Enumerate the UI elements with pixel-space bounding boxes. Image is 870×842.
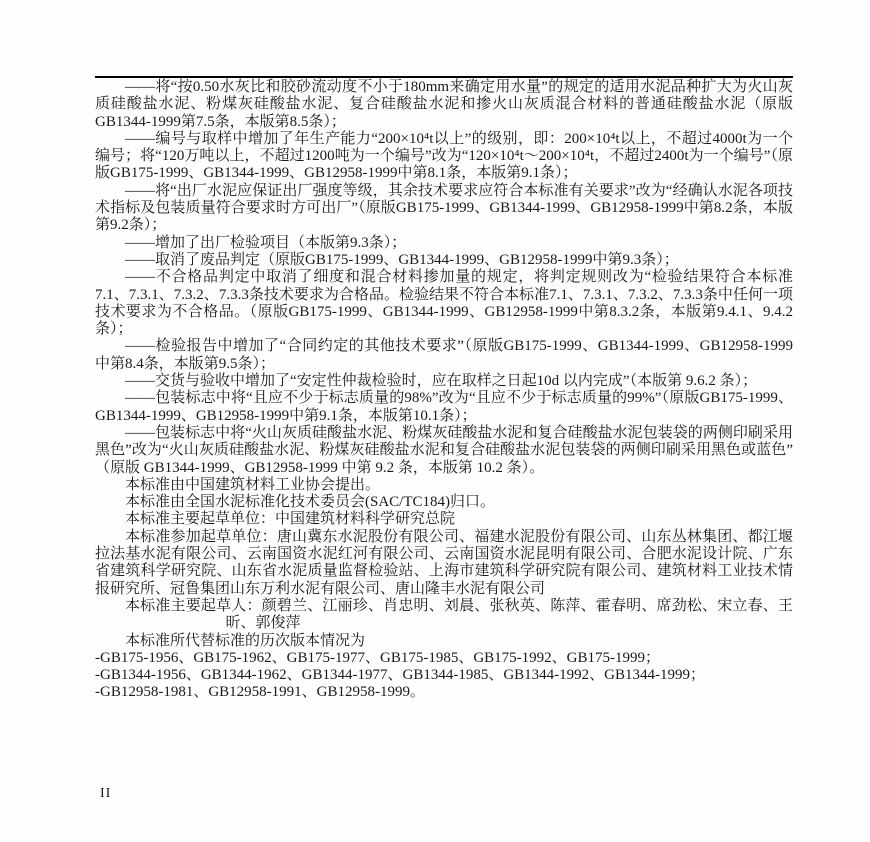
- change-note-mark-quality: ——包装标志中将“且应不少于标志质量的98%”改为“且应不少于标志质量的99%”…: [95, 390, 793, 425]
- change-note-water-ratio: ——将“按0.50水灰比和胶砂流动度不小于180mm来确定用水量”的规定的适用水…: [95, 79, 793, 131]
- statement-participating-orgs: 本标准参加起草单位：唐山冀东水泥股份有限公司、福建水泥股份有限公司、山东丛林集团…: [95, 529, 793, 598]
- change-note-factory-release: ——将“出厂水泥应保证出厂强度等级，其余技术要求应符合本标准有关要求”改为“经确…: [95, 183, 793, 235]
- history-line-gb12958: -GB12958-1981、GB12958-1991、GB12958-1999。: [95, 684, 793, 701]
- change-note-nonconforming: ——不合格品判定中取消了细度和混合材料掺加量的规定，将判定规则改为“检验结果符合…: [95, 269, 793, 338]
- change-note-waste-judgement: ——取消了废品判定（原版GB175-1999、GB1344-1999、GB129…: [95, 252, 793, 269]
- change-note-delivery-acceptance: ——交货与验收中增加了“安定性仲裁检验时，应在取样之日起10d 以内完成”（本版…: [95, 373, 793, 390]
- change-note-inspection-items: ——增加了出厂检验项目（本版第9.3条）；: [95, 235, 793, 252]
- header-rule: [95, 76, 793, 78]
- statement-main-drafters: 本标准主要起草人：颜碧兰、江丽珍、肖忠明、刘晨、张秋英、陈萍、霍春明、席劲松、宋…: [226, 598, 794, 633]
- foreword-content: ——将“按0.50水灰比和胶砂流动度不小于180mm来确定用水量”的规定的适用水…: [95, 79, 793, 702]
- statement-history-heading: 本标准所代替标准的历次版本情况为: [95, 633, 793, 650]
- statement-main-drafting-org: 本标准主要起草单位：中国建筑材料科学研究总院: [95, 511, 793, 528]
- statement-proposed-by: 本标准由中国建筑材料工业协会提出。: [95, 477, 793, 494]
- document-page: ——将“按0.50水灰比和胶砂流动度不小于180mm来确定用水量”的规定的适用水…: [0, 0, 870, 842]
- page-number: II: [100, 786, 111, 802]
- change-note-inspection-report: ——检验报告中增加了“合同约定的其他技术要求”（原版GB175-1999、GB1…: [95, 338, 793, 373]
- statement-centralized-by: 本标准由全国水泥标准化技术委员会(SAC/TC184)归口。: [95, 494, 793, 511]
- change-note-bag-printing: ——包装标志中将“火山灰质硅酸盐水泥、粉煤灰硅酸盐水泥和复合硅酸盐水泥包装袋的两…: [95, 425, 793, 477]
- history-line-gb175: -GB175-1956、GB175-1962、GB175-1977、GB175-…: [95, 650, 793, 667]
- change-note-numbering-sampling: ——编号与取样中增加了年生产能力“200×10⁴t以上”的级别，即：200×10…: [95, 131, 793, 183]
- history-line-gb1344: -GB1344-1956、GB1344-1962、GB1344-1977、GB1…: [95, 667, 793, 684]
